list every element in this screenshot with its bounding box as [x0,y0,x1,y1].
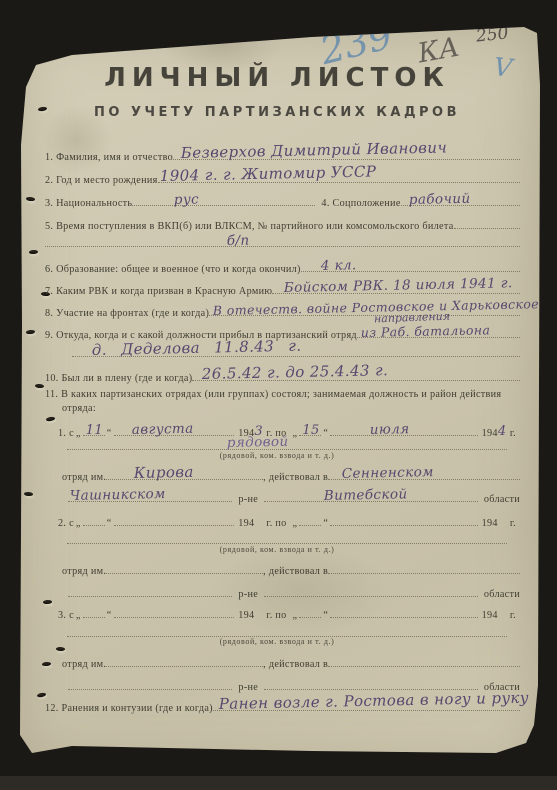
day-slot [83,512,105,526]
field-wounds-row: 12. Ранения и контузии (где и когда) Ран… [45,697,520,714]
field-captivity-row: 10. Был ли в плену (где и когда) 26.5.42… [45,367,520,384]
field-party-row: 5. Время поступления в ВКП(б) или ВЛКСМ,… [45,215,520,232]
acted-line [328,653,520,667]
day-slot [299,512,321,526]
handwritten-value: д. Деделова 11.8.43 г. [92,337,302,359]
rank-caption: (рядовой, ком. взвода и т. д.) [12,637,542,646]
field-label: 8. Участие на фронтах (где и когда) [45,308,209,319]
entry-district-row: Чашникском р-не Витебской области [68,488,520,505]
quote-close: “ [323,610,328,621]
handwritten-value: 4 кл. [320,257,356,274]
binding-hole [43,600,52,604]
unit-label: отряд им. [62,659,106,670]
field-line: рус [132,192,315,206]
year-suffix: г. [510,610,516,621]
field-line: из Раб. батальона [357,324,520,338]
field-draft-row: 7. Каким РВК и когда призван в Красную А… [45,280,520,297]
field-birth-row: 2. Год и место рождения 1904 г. г. Житом… [45,169,520,186]
field-line: Ранен возле г. Ростова в ногу и руку [213,697,520,711]
binding-hole [26,330,35,335]
field-line: 1904 г. г. Житомир УССР [158,169,520,183]
background-strip [0,776,557,790]
field-label: 12. Ранения и контузии (где и когда) [45,703,213,714]
acted-line: Сенненском [328,466,520,480]
acted-label: , действовал в [263,659,328,670]
year-printed: 194 [238,610,254,621]
handwritten-rank: рядовой [227,434,289,451]
oblast-label: области [484,589,520,600]
rank-caption: (рядовой, ком. взвода и т. д.) [12,545,542,554]
field-label: 4. Соцположение [321,198,400,209]
binding-hole [46,416,56,422]
handwritten-unit: Кирова [134,463,194,482]
field-line: 26.5.42 г. до 25.4.43 г. [192,367,520,381]
document-page: 239 КА 250 V ЛИЧНЫЙ ЛИСТОК ПО УЧЕТУ ПАРТ… [12,25,542,773]
year-suffix: г. [510,428,516,439]
month-line [114,604,235,618]
field-label: 1. Фамилия, имя и отчество [45,152,173,163]
oblast-line [264,583,478,597]
field-units-heading-row: 11. В каких партизанских отрядах (или гр… [45,389,520,400]
field-units-heading-row2: отряда: [62,403,520,414]
handwritten-value: Бойском РВК. 18 июля 1941 г. [284,275,513,296]
district-line [68,676,232,690]
binding-hole [42,662,51,667]
field-line: рабочий [401,192,520,206]
field-label: 11. В каких партизанских отрядах (или гр… [45,389,501,400]
scanned-document: 239 КА 250 V ЛИЧНЫЙ ЛИСТОК ПО УЧЕТУ ПАРТ… [0,0,557,790]
district-label: р-не [238,682,258,693]
handwritten-oblast: Витебской [324,486,408,504]
field-surname-row: 1. Фамилия, имя и отчество Безверхов Дим… [45,146,520,163]
unit-line [106,560,263,574]
unit-line: Кирова [106,466,263,480]
binding-hole [35,384,44,389]
field-party-value-row: б/п [45,233,520,247]
unit-label: отряд им. [62,472,106,483]
day-slot [83,604,105,618]
field-label: 5. Время поступления в ВКП(б) или ВЛКСМ,… [45,221,454,232]
handwritten-region: Сенненском [342,464,434,482]
oblast-line: Витебской [264,488,478,502]
page-subtitle: ПО УЧЕТУ ПАРТИЗАНСКИХ КАДРОВ [12,105,542,120]
rank-caption: (рядовой, ком. взвода и т. д.) [12,451,542,460]
field-line: 4 кл. [301,258,520,272]
field-line: В отечеств. войне Ростовское и Харьковск… [209,302,520,316]
field-line [454,215,520,229]
rank-line [67,621,507,637]
folio-number-mark: 250 [475,23,509,46]
day-slot [299,604,321,618]
handwritten-value: Безверхов Димитрий Иванович [181,138,448,162]
binding-hole [56,647,65,651]
year-digit-slot [254,513,264,526]
field-label: 6. Образование: общее и военное (что и к… [45,264,301,275]
year-digit-slot [498,513,508,526]
binding-hole [29,250,38,255]
year-suffix: г. [510,518,516,529]
year-digit-slot [498,605,508,618]
field-label: 7. Каким РВК и когда призван в Красную А… [45,286,272,297]
oblast-label: области [484,494,520,505]
field-label: 3. Национальность [45,198,132,209]
district-label: р-не [238,494,258,505]
district-label: р-не [238,589,258,600]
handwritten-value: рабочий [408,191,470,208]
field-education-row: 6. Образование: общее и военное (что и к… [45,258,520,275]
quote-open: „ [293,610,298,621]
handwritten-district: Чашникском [70,486,166,504]
quote-close: “ [107,610,112,621]
district-line: Чашникском [68,488,232,502]
month-line [330,512,477,526]
handwritten-value: 26.5.42 г. до 25.4.43 г. [202,361,389,383]
field-line: б/п [45,233,520,247]
field-nationality-row: 3. Национальность рус 4. Соцположение ра… [45,192,520,209]
handwritten-value: 1904 г. г. Житомир УССР [159,162,376,185]
acted-label: , действовал в [263,566,328,577]
field-line: Бойском РВК. 18 июля 1941 г. [272,280,520,294]
rank-line [67,528,507,544]
handwritten-value: рус [174,191,200,208]
entry-unit-row: отряд им. , действовал в [62,560,520,577]
binding-hole [24,492,33,497]
binding-hole [26,197,35,202]
entry-district-row: р-не области [68,583,520,600]
field-arrival-continued-row: д. Деделова 11.8.43 г. [72,343,520,357]
entry-dates-row: 3. с „ “ 194 г. по „ “ 194 г. [58,604,520,621]
handwritten-value: б/п [227,233,250,249]
oblast-line [264,676,478,690]
to-label: г. по [266,610,286,621]
year-digit-slot [254,605,264,618]
entry-dates-row: 2. с „ “ 194 г. по „ “ 194 г. [58,512,520,529]
quote-open: „ [76,610,81,621]
field-line: Безверхов Димитрий Иванович [173,146,520,160]
handwritten-value: из Раб. батальона [361,322,491,340]
acted-line [328,560,520,574]
field-line: д. Деделова 11.8.43 г. [72,343,520,357]
year-printed: 194 [482,610,498,621]
month-line [330,604,477,618]
field-label: 10. Был ли в плену (где и когда) [45,373,192,384]
month-line [114,512,235,526]
entry-number: 3. с [58,610,74,621]
acted-label: , действовал в [263,472,328,483]
district-line [68,583,232,597]
unit-line [106,653,263,667]
field-label: отряда: [62,403,96,414]
entry-unit-row: отряд им. Кирова , действовал в Сенненск… [62,466,520,483]
field-label: 2. Год и место рождения [45,175,158,186]
rank-line: рядовой [67,434,507,450]
entry-unit-row: отряд им. , действовал в [62,653,520,670]
page-title: ЛИЧНЫЙ ЛИСТОК [12,63,542,93]
unit-label: отряд им. [62,566,106,577]
